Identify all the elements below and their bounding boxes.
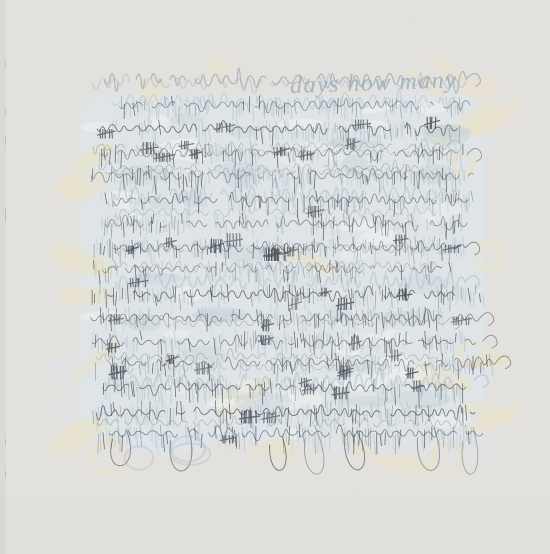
artwork-canvas: days how many	[0, 0, 550, 554]
artwork-photo: days how many	[0, 0, 550, 554]
generated-drawing	[0, 0, 550, 554]
